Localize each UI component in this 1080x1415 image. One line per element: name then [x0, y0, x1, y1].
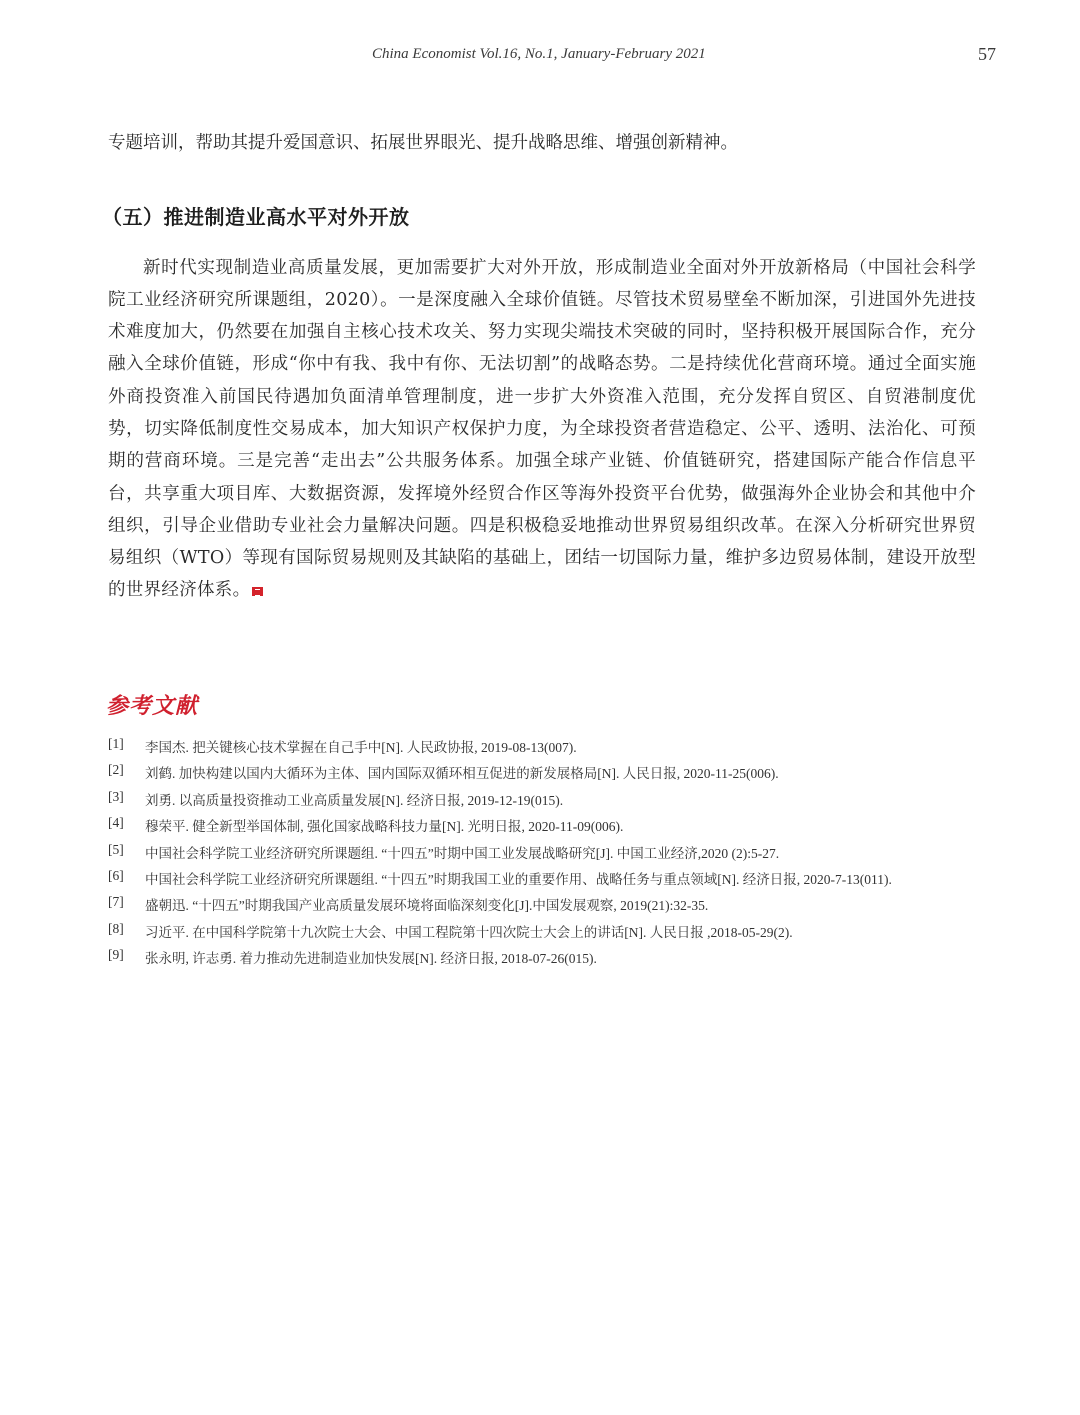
page-number: 57	[978, 44, 996, 65]
reference-text: 刘勇. 以高质量投资推动工业高质量发展[N]. 经济日报, 2019-12-19…	[145, 789, 1008, 815]
article-end-mark-icon	[252, 587, 263, 596]
reference-text: 中国社会科学院工业经济研究所课题组. “十四五”时期我国工业的重要作用、战略任务…	[145, 868, 1008, 894]
journal-citation: China Economist Vol.16, No.1, January-Fe…	[372, 46, 706, 63]
reference-item: [4]穆荣平. 健全新型举国体制, 强化国家战略科技力量[N]. 光明日报, 2…	[108, 815, 1008, 841]
paragraph-text: 新时代实现制造业高质量发展，更加需要扩大对外开放，形成制造业全面对外开放新格局（…	[108, 258, 976, 601]
reference-item: [7]盛朝迅. “十四五”时期我国产业高质量发展环境将面临深刻变化[J].中国发…	[108, 894, 1008, 920]
reference-text: 穆荣平. 健全新型举国体制, 强化国家战略科技力量[N]. 光明日报, 2020…	[145, 815, 1008, 841]
reference-number: [8]	[108, 921, 145, 947]
references-heading: 参考文献	[106, 689, 198, 720]
section-paragraph: 新时代实现制造业高质量发展，更加需要扩大对外开放，形成制造业全面对外开放新格局（…	[108, 252, 976, 607]
reference-text: 盛朝迅. “十四五”时期我国产业高质量发展环境将面临深刻变化[J].中国发展观察…	[145, 894, 1008, 920]
reference-item: [3]刘勇. 以高质量投资推动工业高质量发展[N]. 经济日报, 2019-12…	[108, 789, 1008, 815]
reference-text: 习近平. 在中国科学院第十九次院士大会、中国工程院第十四次院士大会上的讲话[N]…	[145, 921, 1008, 947]
reference-item: [8]习近平. 在中国科学院第十九次院士大会、中国工程院第十四次院士大会上的讲话…	[108, 921, 1008, 947]
reference-item: [6]中国社会科学院工业经济研究所课题组. “十四五”时期我国工业的重要作用、战…	[108, 868, 1008, 894]
reference-number: [3]	[108, 789, 145, 815]
reference-text: 刘鹤. 加快构建以国内大循环为主体、国内国际双循环相互促进的新发展格局[N]. …	[145, 762, 1008, 788]
reference-item: [2]刘鹤. 加快构建以国内大循环为主体、国内国际双循环相互促进的新发展格局[N…	[108, 762, 1008, 788]
reference-item: [1]李国杰. 把关键核心技术掌握在自己手中[N]. 人民政协报, 2019-0…	[108, 736, 1008, 762]
reference-number: [7]	[108, 894, 145, 920]
reference-number: [6]	[108, 868, 145, 894]
reference-number: [4]	[108, 815, 145, 841]
section-heading: （五）推进制造业高水平对外开放	[102, 201, 410, 230]
reference-text: 中国社会科学院工业经济研究所课题组. “十四五”时期中国工业发展战略研究[J].…	[145, 842, 1008, 868]
reference-text: 张永明, 许志勇. 着力推动先进制造业加快发展[N]. 经济日报, 2018-0…	[145, 947, 1008, 973]
reference-item: [5]中国社会科学院工业经济研究所课题组. “十四五”时期中国工业发展战略研究[…	[108, 842, 1008, 868]
continued-paragraph-line: 专题培训，帮助其提升爱国意识、拓展世界眼光、提升战略思维、增强创新精神。	[108, 129, 978, 154]
reference-list: [1]李国杰. 把关键核心技术掌握在自己手中[N]. 人民政协报, 2019-0…	[108, 736, 1008, 974]
reference-number: [1]	[108, 736, 145, 762]
running-header: China Economist Vol.16, No.1, January-Fe…	[0, 44, 1080, 68]
reference-text: 李国杰. 把关键核心技术掌握在自己手中[N]. 人民政协报, 2019-08-1…	[145, 736, 1008, 762]
reference-number: [5]	[108, 842, 145, 868]
reference-item: [9]张永明, 许志勇. 着力推动先进制造业加快发展[N]. 经济日报, 201…	[108, 947, 1008, 973]
reference-number: [2]	[108, 762, 145, 788]
reference-number: [9]	[108, 947, 145, 973]
